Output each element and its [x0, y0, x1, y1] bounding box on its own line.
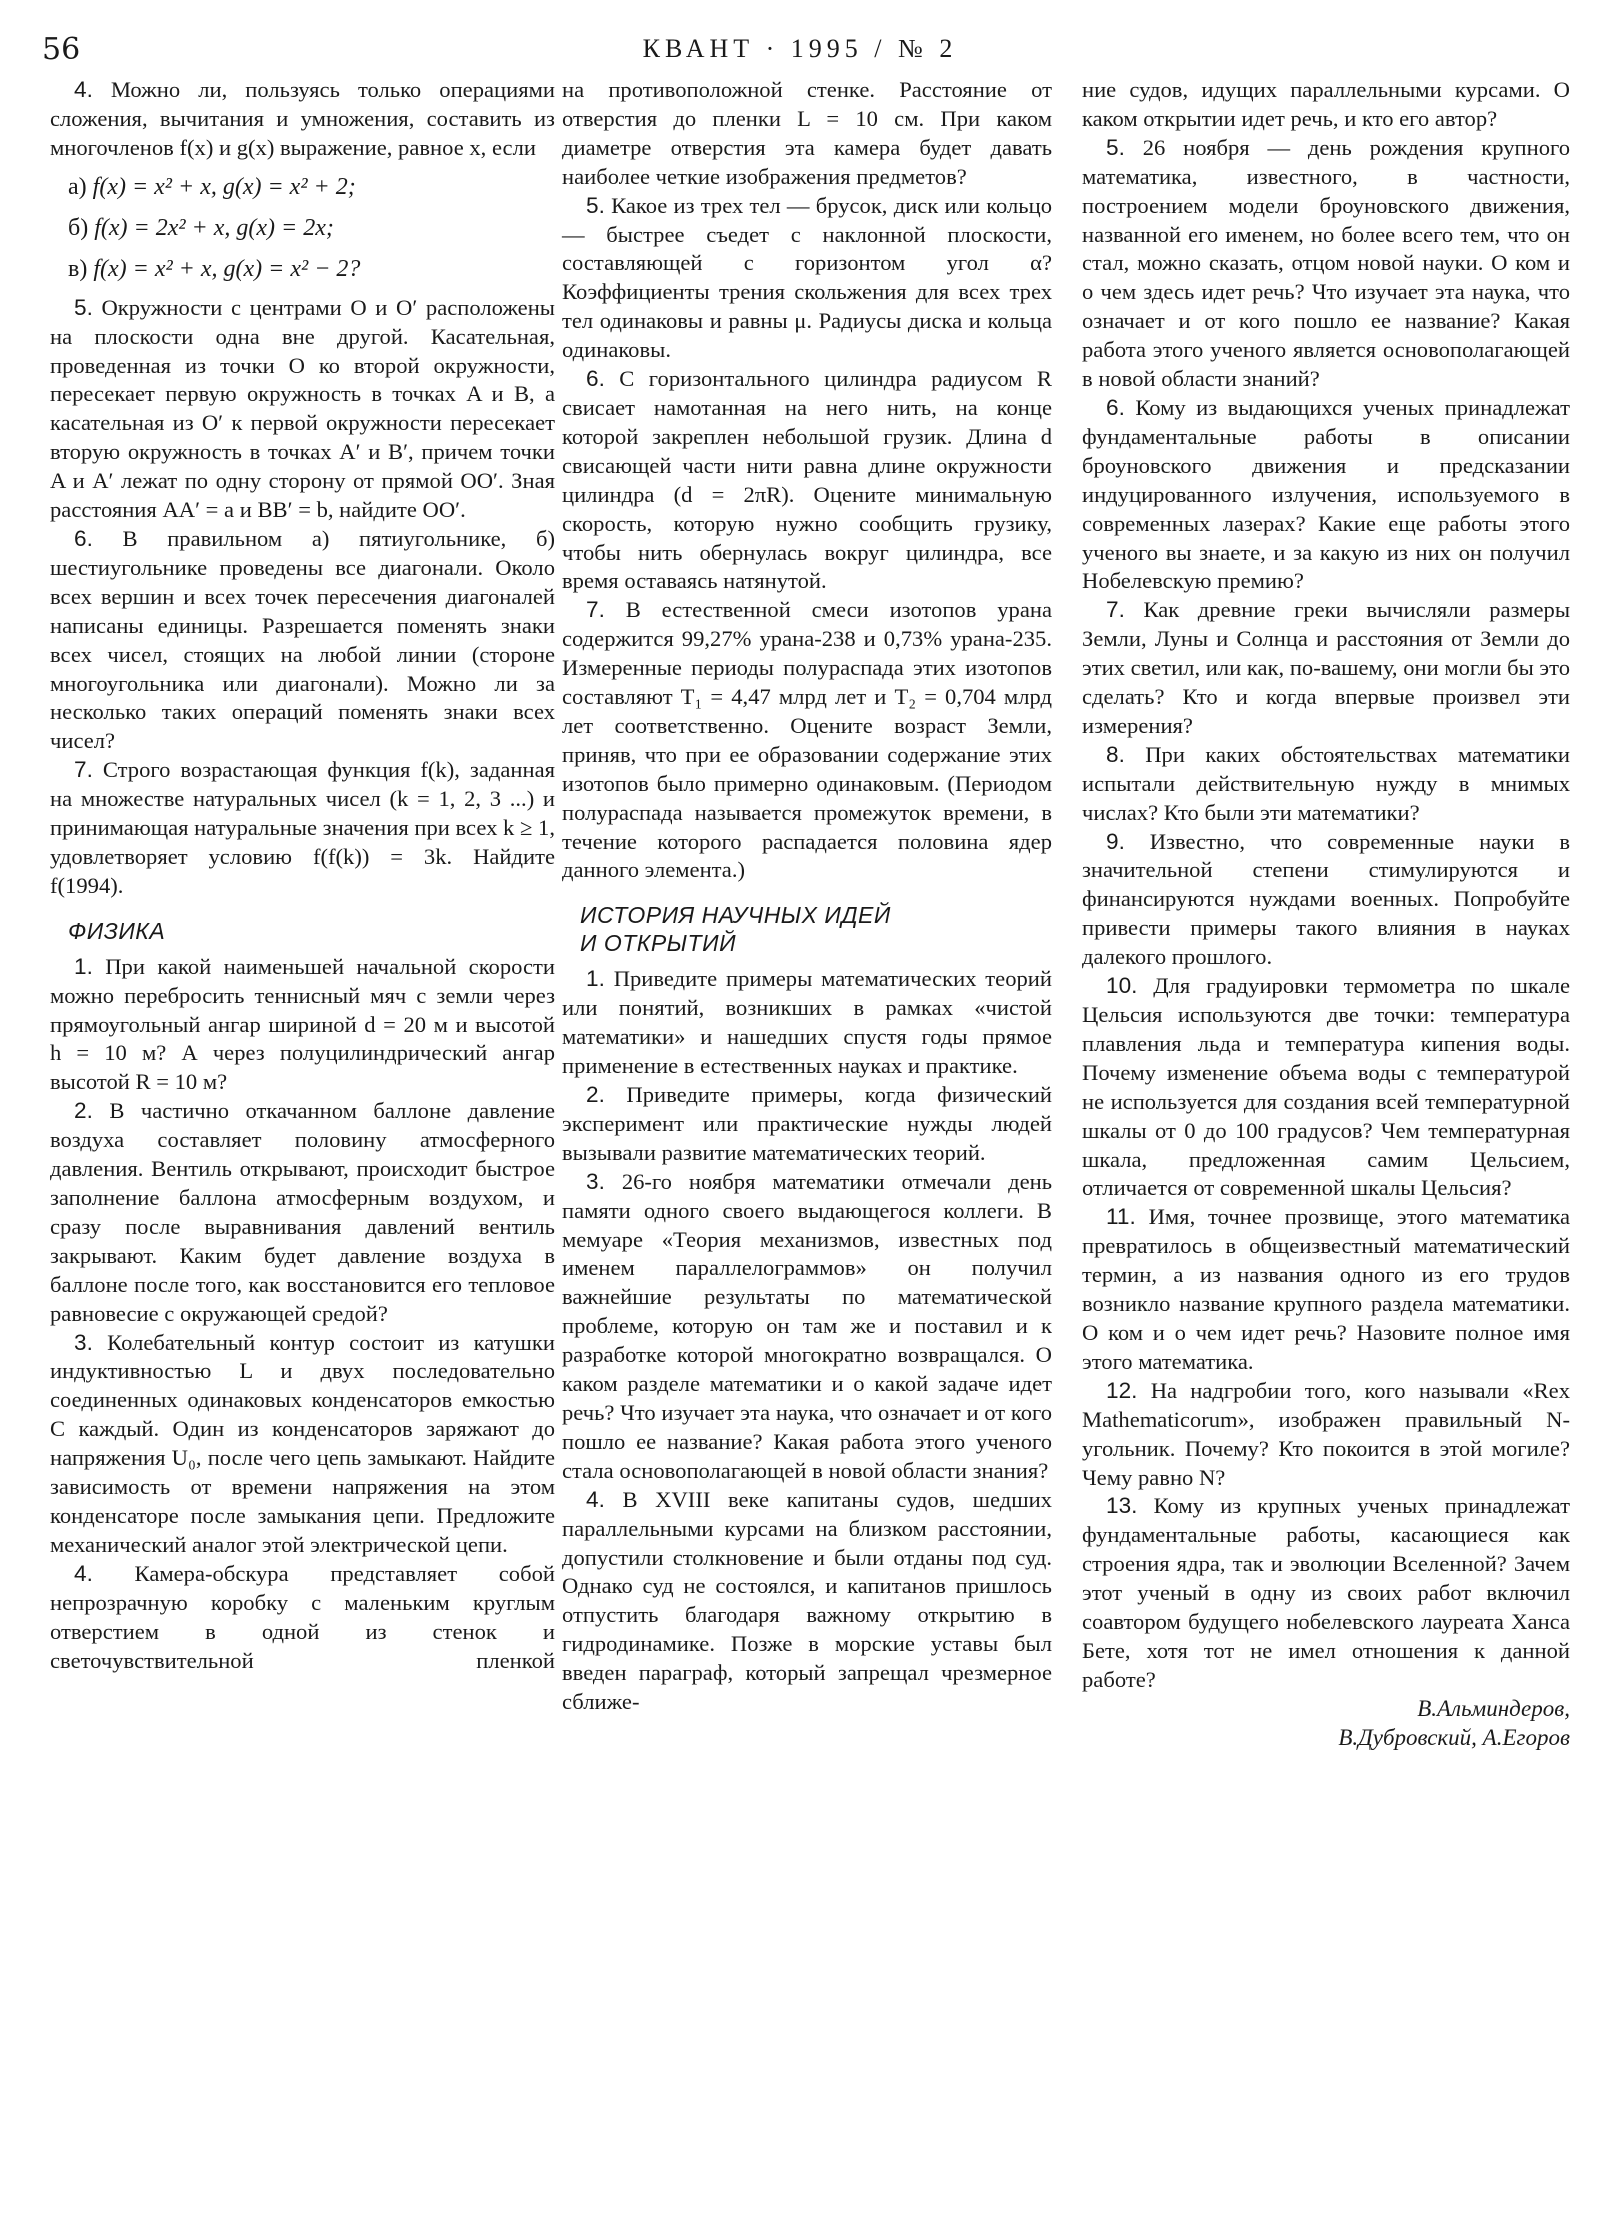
history-section: ИСТОРИЯ НАУЧНЫХ ИДЕЙ И ОТКРЫТИЙ 1. Приве…	[562, 901, 1052, 1717]
physics-problem-1: 1. При какой наименьшей начальной скорос…	[50, 953, 555, 1098]
math-problems: 4. Можно ли, пользуясь только операциями…	[50, 76, 555, 901]
math-problem-7: 7. Строго возрастающая функция f(k), зад…	[50, 756, 555, 901]
history-question-8: 8. При каких обстоятельствах математики …	[1082, 741, 1570, 828]
authors-signature: В.Альминдеров, В.Дубровский, А.Егоров	[1082, 1695, 1570, 1753]
section-heading-history: ИСТОРИЯ НАУЧНЫХ ИДЕЙ И ОТКРЫТИЙ	[562, 901, 1052, 957]
column-3: ние судов, идущих параллельными курсами.…	[1082, 76, 1570, 1753]
physics-problem-5: 5. Какое из трех тел — брусок, диск или …	[562, 192, 1052, 365]
history-question-7: 7. Как древние греки вычисляли размеры З…	[1082, 596, 1570, 741]
history-question-10: 10. Для градуировки термометра по шкале …	[1082, 972, 1570, 1203]
history-question-4-cont: ние судов, идущих параллельными курсами.…	[1082, 76, 1570, 134]
history-question-6: 6. Кому из выдающихся ученых принадлежат…	[1082, 394, 1570, 596]
physics-problem-3: 3. Колебательный контур состоит из катуш…	[50, 1329, 555, 1560]
history-question-9: 9. Известно, что современные науки в зна…	[1082, 828, 1570, 973]
history-question-12: 12. На надгробии того, кого называли «Re…	[1082, 1377, 1570, 1493]
history-question-11: 11. Имя, точнее прозвище, этого математи…	[1082, 1203, 1570, 1376]
formula-c: в) f(x) = x² + x, g(x) = x² − 2?	[50, 249, 555, 290]
math-problem-4: 4. Можно ли, пользуясь только операциями…	[50, 76, 555, 163]
history-question-13: 13. Кому из крупных ученых принадлежат ф…	[1082, 1492, 1570, 1694]
physics-section: ФИЗИКА 1. При какой наименьшей начальной…	[50, 917, 555, 1676]
math-problem-5: 5. Окружности с центрами O и O′ располож…	[50, 294, 555, 525]
formula-a: а) f(x) = x² + x, g(x) = x² + 2;	[50, 167, 555, 208]
column-2: на противоположной стенке. Расстояние от…	[562, 76, 1052, 1717]
history-question-5: 5. 26 ноября — день рождения крупного ма…	[1082, 134, 1570, 394]
history-question-1: 1. Приведите примеры математических теор…	[562, 965, 1052, 1081]
physics-problem-6: 6. С горизонтального цилиндра радиусом R…	[562, 365, 1052, 596]
physics-problem-4-start: 4. Камера-обскура представляет собой неп…	[50, 1560, 555, 1676]
history-question-2: 2. Приведите примеры, когда физический э…	[562, 1081, 1052, 1168]
physics-problem-7: 7. В естественной смеси изотопов урана с…	[562, 596, 1052, 885]
column-1: 4. Можно ли, пользуясь только операциями…	[50, 76, 555, 1675]
physics-problem-2: 2. В частично откачанном баллоне давлени…	[50, 1097, 555, 1328]
formula-b: б) f(x) = 2x² + x, g(x) = 2x;	[50, 208, 555, 249]
running-head: 56 КВАНТ · 1995 / № 2	[0, 30, 1600, 70]
section-heading-physics: ФИЗИКА	[50, 917, 555, 945]
problem-number: 4.	[74, 77, 93, 102]
journal-title: КВАНТ · 1995 / № 2	[0, 34, 1600, 64]
physics-problem-4-cont: на противоположной стенке. Расстояние от…	[562, 76, 1052, 192]
history-question-3: 3. 26-го ноября математики отмечали день…	[562, 1168, 1052, 1486]
math-problem-6: 6. В правильном а) пятиугольнике, б) шес…	[50, 525, 555, 756]
history-question-4-start: 4. В XVIII веке капитаны судов, шедших п…	[562, 1486, 1052, 1717]
